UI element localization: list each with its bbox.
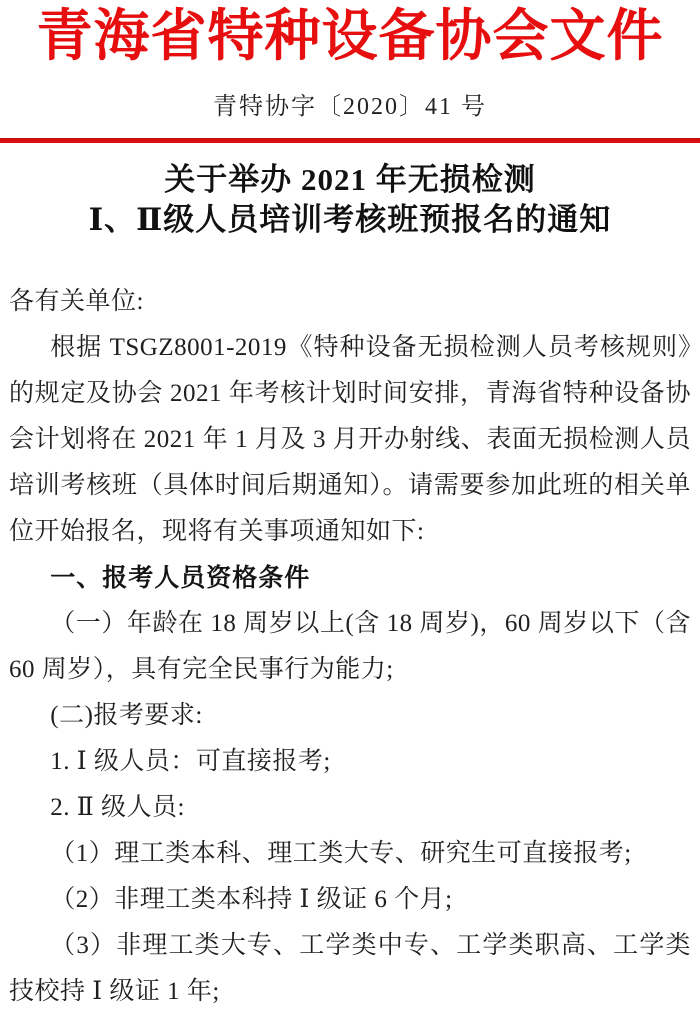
document-body: 各有关单位: 根据 TSGZ8001-2019《特种设备无损检测人员考核规则》的… [0,279,700,1013]
requirement-item-level1: 1. Ⅰ 级人员：可直接报考; [9,739,691,785]
requirement-item-age: （一）年龄在 18 周岁以上(含 18 周岁)，60 周岁以下（含 60 周岁）… [9,601,691,693]
requirement-item-level2-3: （3）非理工类大专、工学类中专、工学类职高、工学类技校持 Ⅰ 级证 1 年; [9,923,691,1013]
notice-title: 关于举办 2021 年无损检测 Ⅰ、Ⅱ级人员培训考核班预报名的通知 [0,160,700,240]
doc-number: 青特协字〔2020〕41 号 [0,93,700,121]
intro-paragraph: 根据 TSGZ8001-2019《特种设备无损检测人员考核规则》的规定及协会 2… [9,325,691,555]
letterhead: 青海省特种设备协会文件 青特协字〔2020〕41 号 [0,0,700,143]
section-heading: 一、报考人员资格条件 [9,555,691,601]
requirement-item-exam-requirements: (二)报考要求: [9,693,691,739]
red-divider-rule [0,138,700,143]
notice-title-line1: 关于举办 2021 年无损检测 [0,160,700,200]
requirement-item-level2-1: （1）理工类本科、理工类大专、研究生可直接报考; [9,831,691,877]
salutation: 各有关单位: [9,279,691,325]
notice-title-line2: Ⅰ、Ⅱ级人员培训考核班预报名的通知 [0,200,700,240]
requirement-item-level2: 2. Ⅱ 级人员: [9,785,691,831]
document-page: 青海省特种设备协会文件 青特协字〔2020〕41 号 关于举办 2021 年无损… [0,0,700,1013]
requirement-item-level2-2: （2）非理工类本科持 Ⅰ 级证 6 个月; [9,877,691,923]
org-title: 青海省特种设备协会文件 [0,0,700,68]
